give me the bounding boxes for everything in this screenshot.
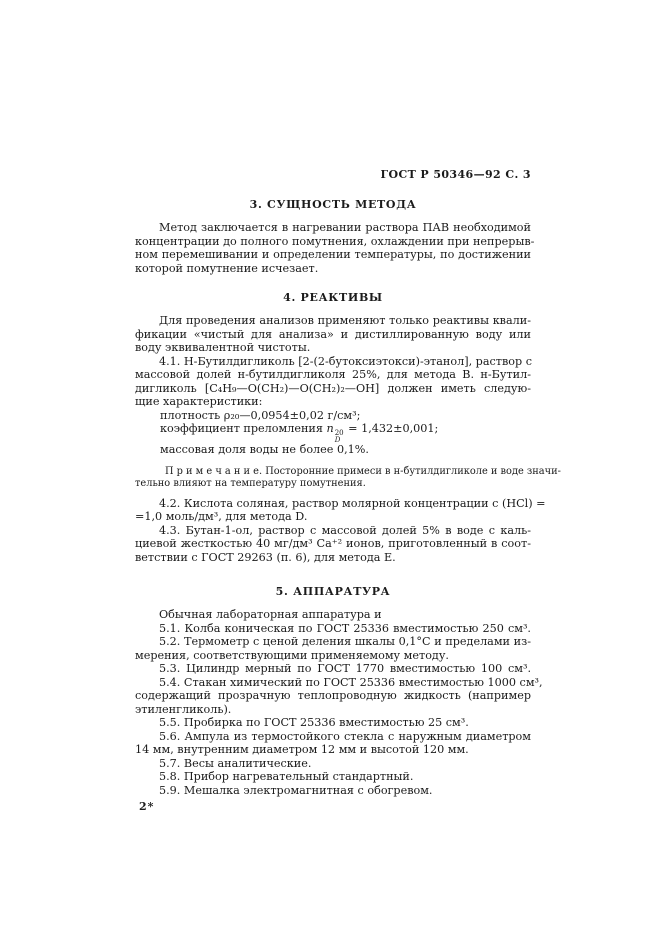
note-line: П р и м е ч а н и е. Посторонние примеси… (135, 466, 531, 478)
signature-mark: 2* (139, 800, 531, 813)
refraction-supsub: 20D (335, 430, 344, 443)
paragraph-line: Метод заключается в нагревании раствора … (135, 221, 531, 235)
refraction-label: коэффициент преломления (160, 422, 326, 435)
refraction-value: = 1,432±0,001; (345, 422, 439, 435)
clause-4-1-paragraph: 4.1. Н-Бутилдигликоль [2-(2-бутоксиэтокс… (135, 355, 531, 409)
apparatus-line: 5.8. Прибор нагревательный стандартный. (135, 770, 531, 784)
paragraph-line: которой помутнение исчезает. (135, 262, 531, 276)
clause-4-2-paragraph: 4.2. Кислота соляная, раствор молярной к… (135, 497, 531, 524)
section-5-intro-line: Обычная лабораторная аппаратура и (135, 608, 531, 622)
paragraph-line: фикации «чистый для анализа» и дистиллир… (135, 328, 531, 342)
refraction-symbol: n (326, 422, 333, 435)
apparatus-line: 5.5. Пробирка по ГОСТ 25336 вместимостью… (135, 716, 531, 730)
paragraph-line: 4.2. Кислота соляная, раствор молярной к… (135, 497, 531, 511)
apparatus-line: 5.4. Стакан химический по ГОСТ 25336 вме… (135, 676, 531, 690)
apparatus-line: содержащий прозрачную теплопроводную жид… (135, 689, 531, 703)
density-line: плотность ρ₂₀—0,0954±0,02 г/см³; (160, 409, 531, 423)
running-header: ГОСТ Р 50346—92 С. 3 (135, 168, 531, 181)
section-4-heading: 4. РЕАКТИВЫ (135, 291, 531, 304)
clause-4-3-paragraph: 4.3. Бутан-1-ол, раствор с массовой доле… (135, 524, 531, 565)
paragraph-line: 4.1. Н-Бутилдигликоль [2-(2-бутоксиэтокс… (135, 355, 531, 369)
text-column: ГОСТ Р 50346—92 С. 3 3. СУЩНОСТЬ МЕТОДА … (135, 168, 531, 813)
paragraph-line: воду эквивалентной чистоты. (135, 341, 531, 355)
paragraph-line: массовой долей н-бутилдигликоля 25%, для… (135, 368, 531, 382)
apparatus-line: этиленгликоль). (135, 703, 531, 717)
apparatus-line: 5.9. Мешалка электромагнитная с обогрево… (135, 784, 531, 798)
apparatus-line: 14 мм, внутренним диаметром 12 мм и высо… (135, 743, 531, 757)
document-page: ГОСТ Р 50346—92 С. 3 3. СУЩНОСТЬ МЕТОДА … (0, 0, 661, 935)
refraction-line: коэффициент преломления n20D = 1,432±0,0… (160, 422, 531, 443)
paragraph-line: Для проведения анализов применяют только… (135, 314, 531, 328)
note-block: П р и м е ч а н и е. Посторонние примеси… (135, 466, 531, 490)
paragraph-line: ном перемешивании и определении температ… (135, 248, 531, 262)
water-content-line: массовая доля воды не более 0,1%. (160, 443, 531, 457)
paragraph-line: 4.3. Бутан-1-ол, раствор с массовой доле… (135, 524, 531, 538)
apparatus-line: 5.7. Весы аналитические. (135, 757, 531, 771)
paragraph-line: щие характеристики: (135, 395, 531, 409)
paragraph-line: =1,0 моль/дм³, для метода D. (135, 510, 531, 524)
apparatus-line: 5.1. Колба коническая по ГОСТ 25336 вмес… (135, 622, 531, 636)
section-3-heading: 3. СУЩНОСТЬ МЕТОДА (135, 198, 531, 211)
apparatus-line: 5.3. Цилиндр мерный по ГОСТ 1770 вместим… (135, 662, 531, 676)
paragraph-line: ветствии с ГОСТ 29263 (п. 6), для метода… (135, 551, 531, 565)
section-5-heading: 5. АППАРАТУРА (135, 585, 531, 598)
apparatus-line: мерения, соответствующими применяемому м… (135, 649, 531, 663)
note-line: тельно влияют на температуру помутнения. (135, 478, 531, 490)
apparatus-line: 5.2. Термометр с ценой деления шкалы 0,1… (135, 635, 531, 649)
paragraph-line: циевой жесткостью 40 мг/дм³ Са⁺² ионов, … (135, 537, 531, 551)
characteristics-list: плотность ρ₂₀—0,0954±0,02 г/см³; коэффиц… (135, 409, 531, 457)
apparatus-line: 5.6. Ампула из термостойкого стекла с на… (135, 730, 531, 744)
section-3-paragraph: Метод заключается в нагревании раствора … (135, 221, 531, 275)
paragraph-line: концентрации до полного помутнения, охла… (135, 235, 531, 249)
section-4-intro-paragraph: Для проведения анализов применяют только… (135, 314, 531, 355)
apparatus-list: 5.1. Колба коническая по ГОСТ 25336 вмес… (135, 622, 531, 798)
paragraph-line: дигликоль [C₄H₉—O(CH₂)—O(CH₂)₂—OH] долже… (135, 382, 531, 396)
